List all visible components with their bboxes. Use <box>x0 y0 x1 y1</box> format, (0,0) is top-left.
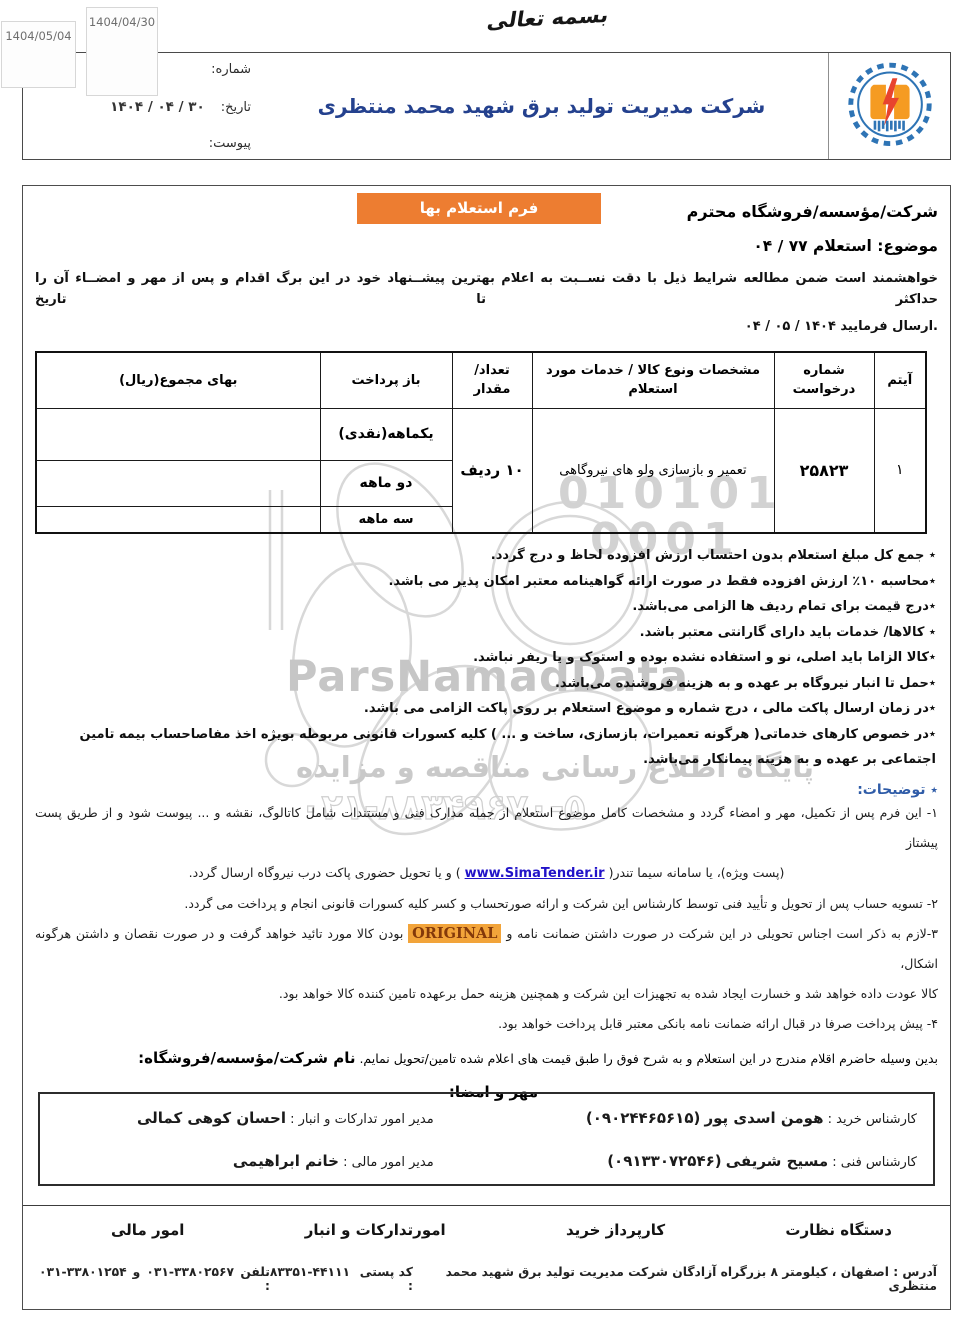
company-logo <box>828 53 950 159</box>
logistics-manager-row: مدیر امور تدارکات و انبار : احسان کوهی ک… <box>40 1109 460 1127</box>
intro-deadline-line: ۰۴ / ۰۵ / ۱۴۰۴ ارسال فرمایید. <box>35 319 938 334</box>
footer-section: دستگاه نظارت کارپرداز خرید امورتدارکات و… <box>23 1205 950 1309</box>
original-highlight: ORIGINAL <box>408 924 501 943</box>
condition-item: ٭ جمع کل مبلغ استعلام بدون احتساب ارزش ا… <box>37 543 936 569</box>
tech-expert-phone: (۰۹۱۳۳۰۷۲۵۴۶) <box>607 1152 721 1170</box>
explanation-1-line2: (پست ویژه)، یا سامانه سیما تندر( www.Sim… <box>35 858 938 889</box>
explanation-2: ۲- تسویه حساب پس از تحویل و تأیید فنی تو… <box>35 889 938 919</box>
dept-purchasing-agent: کارپرداز خرید <box>566 1221 665 1239</box>
inquiry-table: آیتم شماره درخواست مشخصات ونوع کالا / خد… <box>35 351 927 534</box>
explanation-3-pre: ۳-لازم به ذکر است اجناس تحویلی در این شر… <box>506 926 938 941</box>
cell-total-3 <box>36 506 320 533</box>
subject-line: موضوع: استعلام ۰۴ / ۷۷ <box>35 237 938 255</box>
address-text: آدرس : اصفهان ، کیلومتر ۸ بزرگراه آزادگا… <box>413 1265 937 1293</box>
condition-item: ٭کالا الزاما باید اصلی، نو و استفاده نشد… <box>37 645 936 671</box>
cell-qty: ۱۰ ردیف <box>452 408 532 533</box>
cell-total-2 <box>36 460 320 506</box>
cell-payment-2month: دو ماهه <box>320 460 452 506</box>
condition-item: ٭ کالاها/ خدمات باید دارای گارانتی معتبر… <box>37 620 936 646</box>
finance-manager-name: خانم ابراهیمی <box>233 1152 339 1170</box>
condition-item: ٭در خصوص کارهای خدماتی( هرگونه تعمیرات، … <box>37 722 936 773</box>
condition-item: ٭درج قیمت برای تمام ردیف ها الزامی می‌با… <box>37 594 936 620</box>
date-stamp-left: 1404/05/04 <box>1 21 76 88</box>
tech-expert-row: کارشناس فنی : مسیح شریفی (۰۹۱۳۳۰۷۲۵۴۶) <box>460 1152 933 1170</box>
phone-value-1: ۰۳۱-۳۳۸۰۲۵۶۷ <box>146 1265 234 1279</box>
subject-number: ۰۴ / ۷۷ <box>753 237 807 255</box>
tech-expert-name: مسیح شریفی <box>726 1152 828 1170</box>
table-row: ۱ ۲۵۸۲۳ تعمیر و بازسازی ولو های نیروگاهی… <box>36 408 926 460</box>
postal-label: کد پستی : <box>356 1265 413 1293</box>
number-label: شماره: <box>211 62 251 77</box>
explanation-1-line1: ۱- این فرم پس از تکمیل، مهر و امضاء گردد… <box>35 798 938 858</box>
bismillah-calligraphy: بسمه تعالی <box>465 2 630 34</box>
recipient-line: شرکت/مؤسسه/فروشگاه محترم <box>35 202 938 221</box>
col-header-payment: باز پرداخت <box>320 352 452 408</box>
finance-manager-label: مدیر امور مالی : <box>343 1155 434 1170</box>
deadline-text: ارسال فرمایید. <box>840 319 938 334</box>
date-stamp-right: 1404/04/30 <box>86 7 158 96</box>
phone-value-2: ۰۳۱-۳۳۸۰۱۲۵۴ <box>39 1265 127 1279</box>
postal-value: ۸۳۳۵۱-۴۴۱۱۱ <box>270 1265 350 1279</box>
cell-item-no: ۱ <box>874 408 926 533</box>
company-name: شرکت مدیریت تولید برق شهید محمد منتظری <box>318 94 766 118</box>
store-name-label: نام شرکت/مؤسسه/فروشگاه: <box>138 1049 355 1067</box>
condition-item: ٭محاسبه ۱۰٪ ارزش افزوده فقط در صورت ارائ… <box>37 569 936 595</box>
departments-row: دستگاه نظارت کارپرداز خرید امورتدارکات و… <box>23 1206 950 1239</box>
postal-code: کد پستی : ۸۳۳۵۱-۴۴۱۱۱ <box>270 1265 413 1293</box>
finance-manager-row: مدیر امور مالی : خانم ابراهیمی <box>40 1152 460 1170</box>
cell-request-no: ۲۵۸۲۳ <box>774 408 874 533</box>
dept-logistics-warehouse: امورتدارکات و انبار <box>305 1221 446 1239</box>
phone-numbers: تلفن : ۰۳۱-۳۳۸۰۲۵۶۷ و ۰۳۱-۳۳۸۰۱۲۵۴ <box>39 1265 270 1293</box>
dept-finance: امور مالی <box>111 1221 184 1239</box>
conditions-list: ٭ جمع کل مبلغ استعلام بدون احتساب ارزش ا… <box>37 543 936 773</box>
cell-payment-cash: یکماهه(نقدی) <box>320 408 452 460</box>
date-label: تاریخ: <box>221 100 251 115</box>
attachment-label: پیوست: <box>209 136 251 151</box>
letterhead: شرکت مدیریت تولید برق شهید محمد منتظری ش… <box>22 52 951 160</box>
address-line: آدرس : اصفهان ، کیلومتر ۸ بزرگراه آزادگا… <box>23 1239 950 1293</box>
cell-specs: تعمیر و بازسازی ولو های نیروگاهی <box>532 408 774 533</box>
condition-item: ٭حمل تا انبار نیروگاه بر عهده و به هزینه… <box>37 671 936 697</box>
dept-supervision: دستگاه نظارت <box>785 1221 892 1239</box>
contacts-table: کارشناس خرید : هومن اسدی پور (۰۹۰۲۴۴۶۵۶۱… <box>38 1092 935 1186</box>
phone-label: تلفن : <box>240 1265 270 1293</box>
table-header-row: آیتم شماره درخواست مشخصات ونوع کالا / خد… <box>36 352 926 408</box>
condition-item: ٭در زمان ارسال پاکت مالی ، درج شماره و م… <box>37 696 936 722</box>
purchase-expert-phone: (۰۹۰۲۴۴۶۵۶۱۵) <box>586 1109 700 1127</box>
cell-payment-3month: سه ماهه <box>320 506 452 533</box>
date-value: ۱۴۰۴ / ۰۴ / ۳۰ <box>110 99 205 115</box>
deadline-date: ۰۴ / ۰۵ / ۱۴۰۴ <box>745 319 836 334</box>
logistics-manager-name: احسان کوهی کمالی <box>137 1109 286 1127</box>
form-body: فرم استعلام بها شرکت/مؤسسه/فروشگاه محترم… <box>22 185 951 1310</box>
explanation-4: ۴- پیش پرداخت صرفا در قبال ارائه ضمانت ن… <box>35 1009 938 1039</box>
purchase-expert-label: کارشناس خرید : <box>828 1112 917 1127</box>
logistics-manager-label: مدیر امور تدارکات و انبار : <box>290 1112 434 1127</box>
col-header-specs: مشخصات ونوع کالا / خدمات مورد استعلام <box>532 352 774 408</box>
col-header-total: بهای مجموع(ریال) <box>36 352 320 408</box>
col-header-qty: تعداد/ مقدار <box>452 352 532 408</box>
phone-conjunction: و <box>133 1265 141 1279</box>
inquiry-form-page: 010101 0001 ParsNamadData پایگاه اطلاع ر… <box>0 0 971 1319</box>
tech-expert-label: کارشناس فنی : <box>832 1155 917 1170</box>
col-header-request-no: شماره درخواست <box>774 352 874 408</box>
explanation-3-line2: کالا عودت داده خواهد شد و خسارت ایجاد شد… <box>35 979 938 1009</box>
simatender-link[interactable]: www.SimaTender.ir <box>465 866 605 881</box>
declaration-line: بدین وسیله حاضرم اقلام مندرج در این استع… <box>35 1045 938 1072</box>
declaration-text: بدین وسیله حاضرم اقلام مندرج در این استع… <box>359 1051 938 1066</box>
col-header-item: آیتم <box>874 352 926 408</box>
purchase-expert-row: کارشناس خرید : هومن اسدی پور (۰۹۰۲۴۴۶۵۶۱… <box>460 1109 933 1127</box>
intro-paragraph: خواهشمند است ضمن مطالعه شرایط ذیل با دقت… <box>35 268 938 310</box>
explanation-1-post: ) و یا تحویل حضوری پاکت درب نیروگاه ارسا… <box>189 865 461 880</box>
explanation-1-pre: (پست ویژه)، یا سامانه سیما تندر( <box>609 865 785 880</box>
power-company-emblem-icon <box>841 59 939 153</box>
explanation-3-line1: ۳-لازم به ذکر است اجناس تحویلی در این شر… <box>35 919 938 979</box>
subject-label: موضوع: استعلام <box>813 237 938 255</box>
explanations-heading: ٭ توضیحات: <box>35 782 938 798</box>
purchase-expert-name: هومن اسدی پور <box>704 1109 823 1127</box>
cell-total-1 <box>36 408 320 460</box>
